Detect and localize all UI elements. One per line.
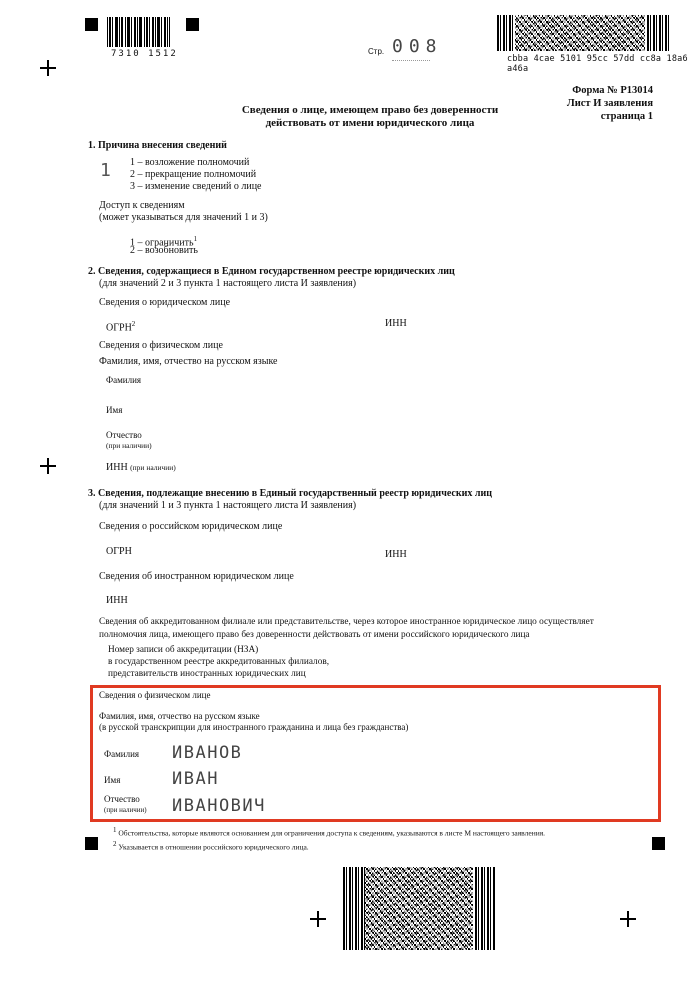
document-hash: cbba 4cae 5101 95cc 57dd cc8a 18a6 a46a [507,54,700,74]
page-number-underline [392,60,430,61]
crosshair-icon [310,911,326,927]
footnote-text: Обстоятельства, которые являются основан… [118,829,545,838]
surname-label: Фамилия [104,749,139,759]
barcode-number: 7310 1512 [111,49,178,59]
page-title: Сведения о лице, имеющем право без довер… [200,104,540,130]
section1-heading: 1. Причина внесения сведений [88,140,227,151]
nza-line-3: представительств иностранных юридических… [108,669,306,679]
name-field[interactable]: ИВАН [172,769,219,789]
individual-label: Сведения о физическом лице [99,340,223,352]
patronymic-label: Отчество [104,794,140,804]
form-meta: Форма № Р13014 Лист И заявления страница… [567,84,653,123]
registration-square-top-mid [186,18,199,31]
registration-square-bottom-right [652,837,665,850]
inn-individual-text: ИНН [106,462,128,473]
inn-individual-label: ИНН (при наличии) [106,462,176,474]
title-line-2: действовать от имени юридического лица [200,117,540,130]
surname-field[interactable]: ИВАНОВ [172,743,242,763]
reason-option-3: 3 – изменение сведений о лице [130,181,261,193]
page-number: 008 [392,36,443,57]
pdf417-barcode-bottom [343,867,496,950]
title-line-1: Сведения о лице, имеющем право без довер… [200,104,540,117]
ogrn-text: ОГРН [106,322,132,333]
nza-line-2: в государственном реестре аккредитованны… [108,657,329,667]
crosshair-icon [40,458,56,474]
individual-label: Сведения о физическом лице [99,690,211,700]
foreign-entity-label: Сведения об иностранном юридическом лице [99,571,294,583]
footnote-mark: 2 [113,840,117,848]
crosshair-icon [620,911,636,927]
inn-individual-note: (при наличии) [130,463,176,472]
patronymic-note: (при наличии) [104,806,147,814]
section3-heading: 3. Сведения, подлежащие внесению в Едины… [88,488,492,499]
name-label: Имя [104,775,120,785]
patronymic-field[interactable]: ИВАНОВИЧ [172,796,266,816]
fio-label: Фамилия, имя, отчество на русском языке [99,356,278,368]
foreign-inn-label: ИНН [106,595,128,607]
surname-label: Фамилия [106,375,141,385]
footnote-text: Указывается в отношении российского юрид… [118,843,308,852]
registration-square-top-left [85,18,98,31]
patronymic-note: (при наличии) [106,441,152,450]
page-label: Стр. [368,47,384,56]
nza-line-1: Номер записи об аккредитации (НЗА) [108,645,258,655]
reason-option-1: 1 – возложение полномочий [130,157,249,169]
footnote-2: 2 Указывается в отношении российского юр… [113,840,309,852]
footnote-mark: 1 [194,235,198,243]
branch-text-line-2: полномочия лица, имеющего право без дове… [99,630,530,640]
inn-label: ИНН [385,549,407,561]
sheet-page: страница 1 [567,110,653,123]
section2-heading: 2. Сведения, содержащиеся в Едином госуд… [88,266,455,277]
registration-square-bottom-left [85,837,98,850]
legal-entity-label: Сведения о юридическом лице [99,297,230,309]
footnote-mark: 2 [132,320,136,328]
inn-label: ИНН [385,318,407,330]
sheet-name: Лист И заявления [567,97,653,110]
pdf417-barcode [497,15,670,51]
fio-note: (в русской транскрипции для иностранного… [99,722,408,732]
section3-subheading: (для значений 1 и 3 пункта 1 настоящего … [99,500,356,512]
linear-barcode [107,17,177,47]
russian-entity-label: Сведения о российском юридическом лице [99,521,282,533]
reason-option-2: 2 – прекращение полномочий [130,169,256,181]
footnote-mark: 1 [113,826,117,834]
access-note: (может указываться для значений 1 и 3) [99,212,268,224]
patronymic-label: Отчество [106,430,142,440]
section2-subheading: (для значений 2 и 3 пункта 1 настоящего … [99,278,356,290]
crosshair-icon [40,60,56,76]
branch-text-line-1: Сведения об аккредитованном филиале или … [99,617,594,627]
access-option-2: 2 – возобновить [130,245,198,257]
ogrn-label: ОГРН2 [106,318,135,334]
footnote-1: 1 Обстоятельства, которые являются основ… [113,826,545,838]
ogrn-label: ОГРН [106,546,132,558]
fio-label: Фамилия, имя, отчество на русском языке [99,711,260,721]
reason-value-field[interactable]: 1 [100,160,111,181]
name-label: Имя [106,405,122,415]
access-label: Доступ к сведениям [99,200,185,212]
form-number: Форма № Р13014 [567,84,653,97]
